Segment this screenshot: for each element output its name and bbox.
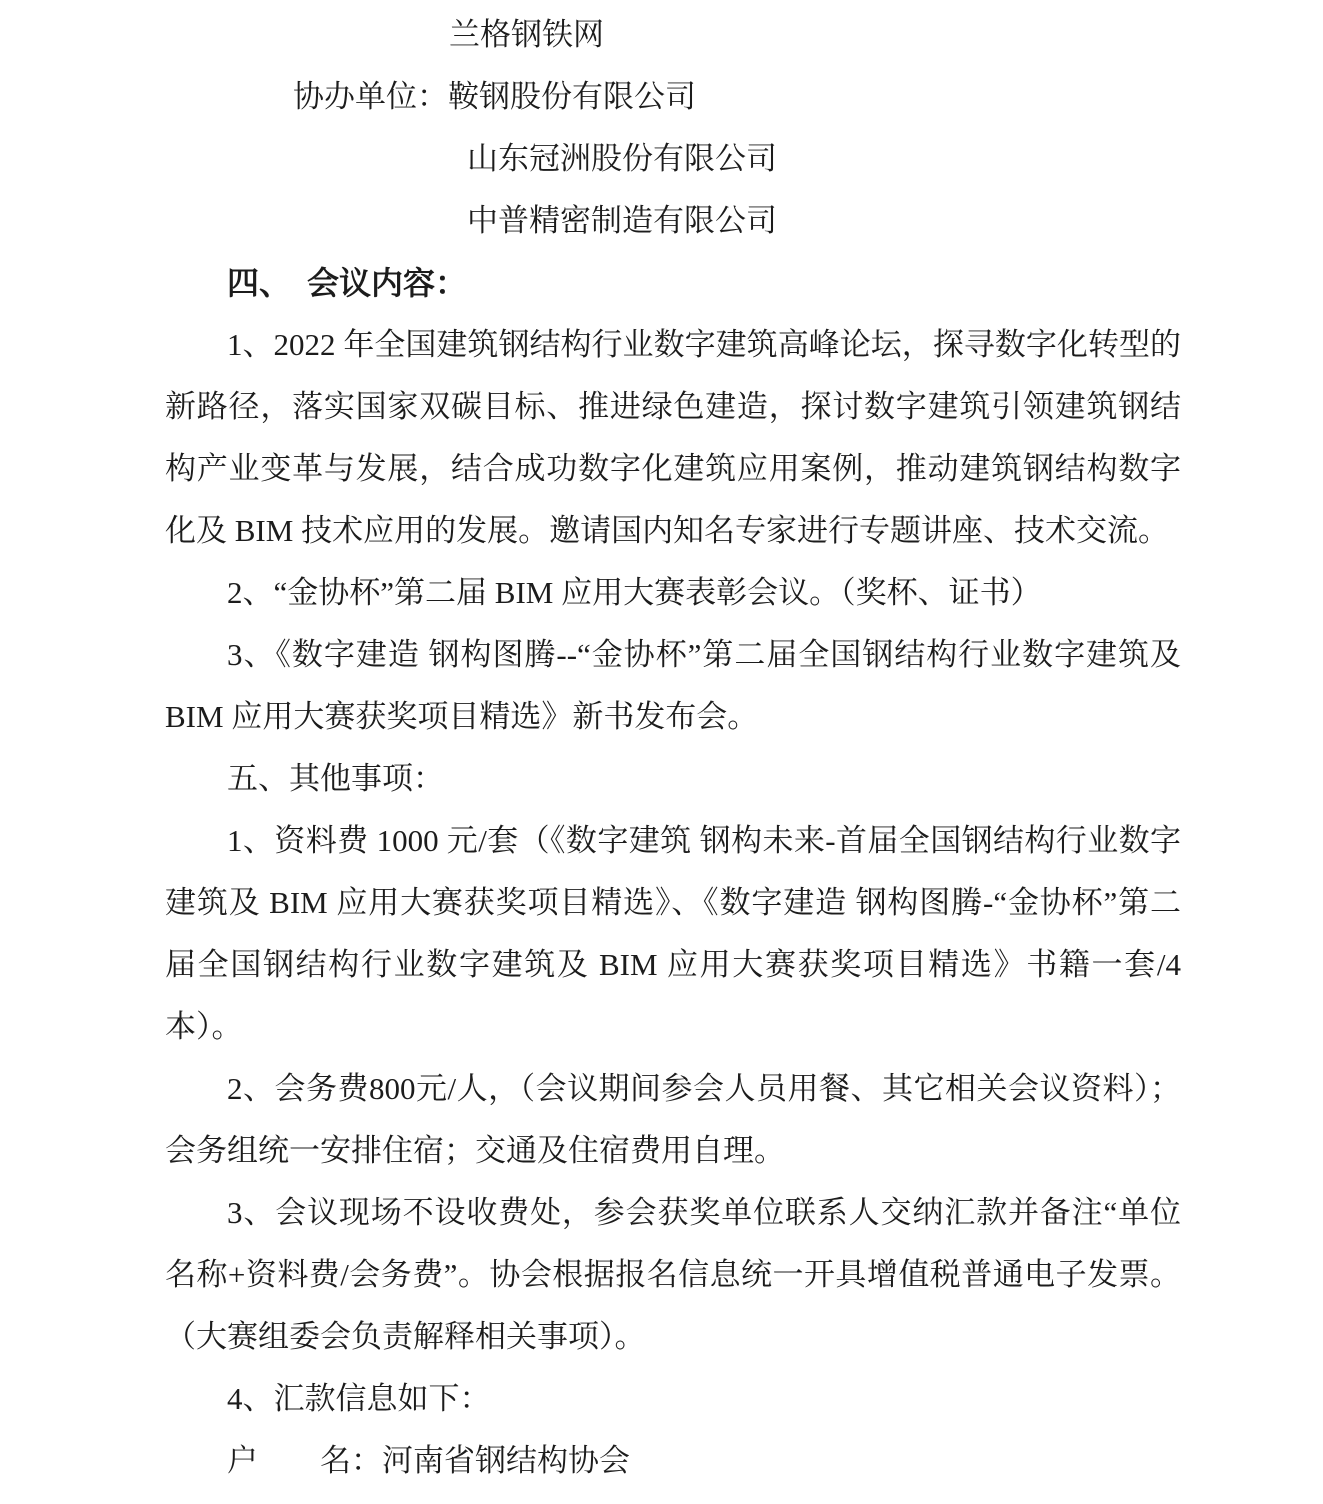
host-unit-item: 兰格钢铁网 xyxy=(165,4,1181,66)
section-5-item-2: 2、会务费800元/人，（会议期间参会人员用餐、其它相关会议资料）；会务组统一安… xyxy=(165,1058,1181,1182)
section-5-heading: 五、其他事项： xyxy=(165,748,1181,810)
co-organizer-item-1: 鞍钢股份有限公司 xyxy=(448,79,696,114)
section-5-item-4: 4、汇款信息如下： xyxy=(165,1368,1181,1430)
co-organizer-label: 协办单位： xyxy=(293,79,448,114)
section-4-heading: 四、 会议内容： xyxy=(165,252,1181,314)
co-organizer-item-2: 山东冠洲股份有限公司 xyxy=(165,128,1181,190)
co-organizer-item-3: 中普精密制造有限公司 xyxy=(165,190,1181,252)
section-4-item-3: 3、《数字建造 钢构图腾--“金协杯”第二届全国钢结构行业数字建筑及 BIM 应… xyxy=(165,624,1181,748)
section-5-item-3: 3、会议现场不设收费处，参会获奖单位联系人交纳汇款并备注“单位名称+资料费/会务… xyxy=(165,1182,1181,1368)
co-organizer-line: 协办单位：鞍钢股份有限公司 xyxy=(165,66,1181,128)
section-5-item-1: 1、资料费 1000 元/套（《数字建筑 钢构未来-首届全国钢结构行业数字建筑及… xyxy=(165,810,1181,1058)
remittance-account-name-line: 户 名：河南省钢结构协会 xyxy=(165,1430,1181,1492)
document-page: 兰格钢铁网 协办单位：鞍钢股份有限公司 山东冠洲股份有限公司 中普精密制造有限公… xyxy=(0,0,1323,1504)
section-4-item-2: 2、“金协杯”第二届 BIM 应用大赛表彰会议。（奖杯、证书） xyxy=(165,562,1181,624)
section-4-item-1: 1、2022 年全国建筑钢结构行业数字建筑高峰论坛，探寻数字化转型的新路径，落实… xyxy=(165,314,1181,562)
